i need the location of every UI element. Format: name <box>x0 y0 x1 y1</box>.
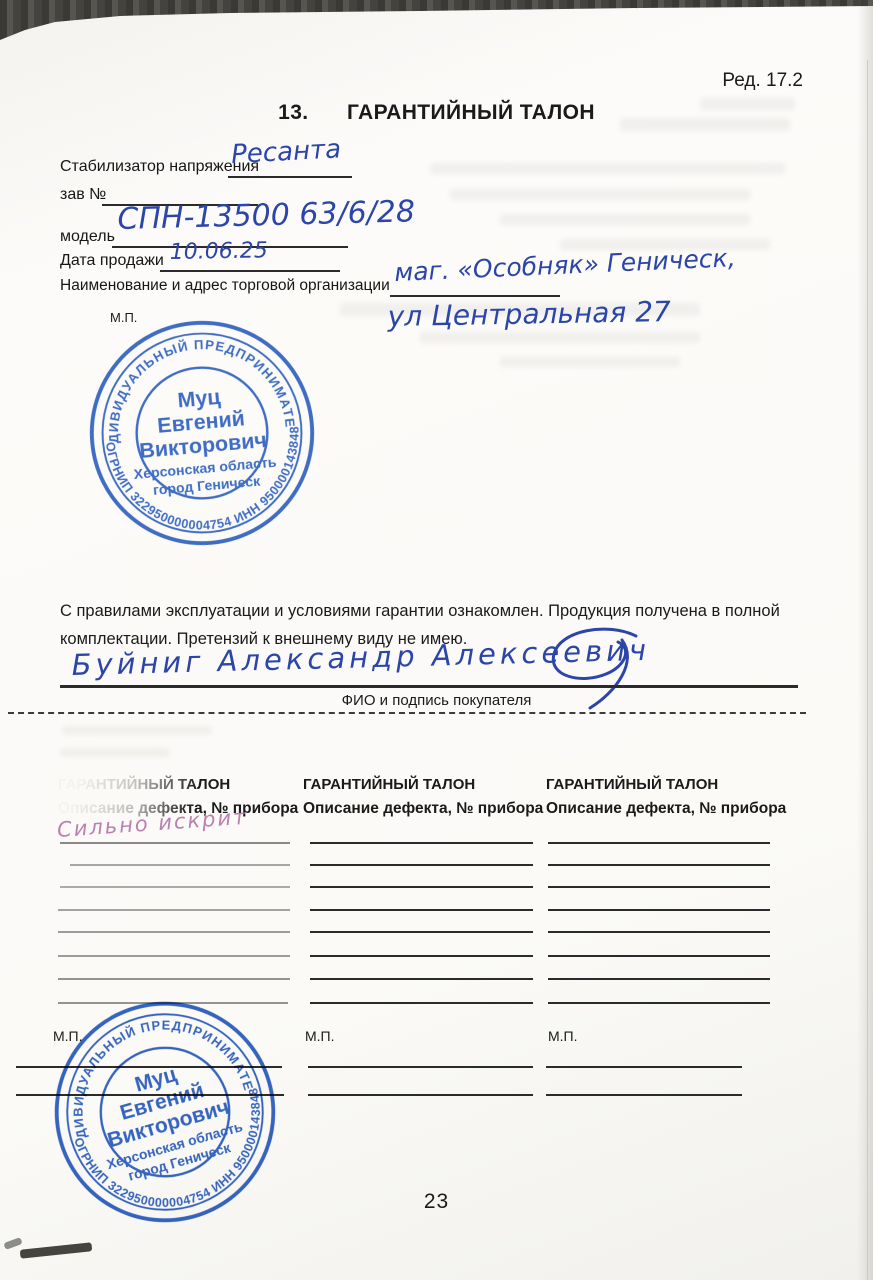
cut-line <box>8 712 806 714</box>
coupon2-rule <box>310 864 533 866</box>
coupon3-rule <box>548 909 770 911</box>
coupon2-rule <box>308 1066 533 1068</box>
sale-date-value-handwriting: 10.06.25 <box>170 238 268 265</box>
sale-date-label: Дата продажи <box>60 252 164 270</box>
warranty-card-photo: { "page": { "revision": "Ред. 17.2", "se… <box>0 0 873 1280</box>
coupon3-rule <box>548 864 770 866</box>
coupon1-rule <box>60 842 290 844</box>
photo-top-edge <box>0 0 873 42</box>
photo-bottom-smudge <box>20 1242 93 1258</box>
coupon1-rule <box>60 886 290 888</box>
coupon2-rule <box>310 1002 533 1004</box>
coupon3-heading: ГАРАНТИЙНЫЙ ТАЛОН <box>546 776 718 793</box>
coupon2-heading: ГАРАНТИЙНЫЙ ТАЛОН <box>303 776 475 793</box>
page-title: 13. ГАРАНТИЙНЫЙ ТАЛОН <box>0 101 873 125</box>
seller-label: Наименование и адрес торговой организаци… <box>60 277 390 295</box>
coupon2-rule <box>310 978 533 980</box>
coupon3-stamp-place-label: М.П. <box>548 1028 578 1044</box>
coupon3-rule <box>548 955 770 957</box>
coupon3-rule <box>548 886 770 888</box>
product-label: Стабилизатор напряжения <box>60 158 259 176</box>
title-text: ГАРАНТИЙНЫЙ ТАЛОН <box>347 101 595 125</box>
photo-right-shadow <box>857 0 873 1280</box>
seller-value-line2-handwriting: ул Центральная 27 <box>387 295 671 333</box>
serial-label: зав № <box>60 186 106 204</box>
product-underline <box>228 176 352 178</box>
seller-value-line1-handwriting: маг. «Особняк» Геническ, <box>394 243 736 287</box>
page-edge-line <box>867 60 869 1280</box>
stamp-graphic: ИНДИВИДУАЛЬНЫЙ ПРЕДПРИНИМАТЕЛЬ ОГРНИП 32… <box>75 306 329 560</box>
model-label: модель <box>60 228 115 246</box>
entrepreneur-stamp: ИНДИВИДУАЛЬНЫЙ ПРЕДПРИНИМАТЕЛЬ ОГРНИП 32… <box>75 306 329 560</box>
coupon2-rule <box>310 886 533 888</box>
product-value-handwriting: Ресанта <box>230 134 341 170</box>
coupon1-rule <box>58 909 290 911</box>
page-number: 23 <box>0 1190 873 1214</box>
coupon3-rule <box>548 1002 770 1004</box>
coupon3-rule <box>548 931 770 933</box>
photo-bottom-smudge <box>3 1237 22 1250</box>
bleed-through <box>62 726 212 735</box>
coupon3-rule <box>546 1066 742 1068</box>
coupon3-rule <box>546 1094 742 1096</box>
coupon2-rule <box>310 931 533 933</box>
coupon3-rule <box>548 842 770 844</box>
coupon1-rule <box>58 931 290 933</box>
coupon1-rule <box>70 864 290 866</box>
coupon1-rule <box>58 978 290 980</box>
bleed-through <box>430 163 785 174</box>
bleed-through <box>420 332 700 343</box>
coupon2-rule <box>310 955 533 957</box>
coupon2-rule <box>310 909 533 911</box>
model-value-handwriting: СПН-13500 63/6/28 <box>117 194 415 237</box>
coupon2-rule <box>308 1094 533 1096</box>
acknowledgement-line1: С правилами эксплуатации и условиями гар… <box>60 602 805 621</box>
sale-date-underline <box>160 270 340 272</box>
section-number: 13. <box>278 101 308 125</box>
coupon3-subheading: Описание дефекта, № прибора <box>546 800 786 818</box>
signature-caption: ФИО и подпись покупателя <box>0 692 873 709</box>
coupon1-rule <box>58 955 290 957</box>
signature-line <box>60 685 798 688</box>
coupon2-subheading: Описание дефекта, № прибора <box>303 800 543 818</box>
coupon2-rule <box>310 842 533 844</box>
revision-label: Ред. 17.2 <box>722 70 803 92</box>
bleed-through <box>500 357 680 367</box>
bleed-through <box>60 748 170 757</box>
bleed-through <box>450 189 750 200</box>
coupon2-stamp-place-label: М.П. <box>305 1028 335 1044</box>
coupon3-rule <box>548 978 770 980</box>
bleed-through <box>500 214 750 225</box>
